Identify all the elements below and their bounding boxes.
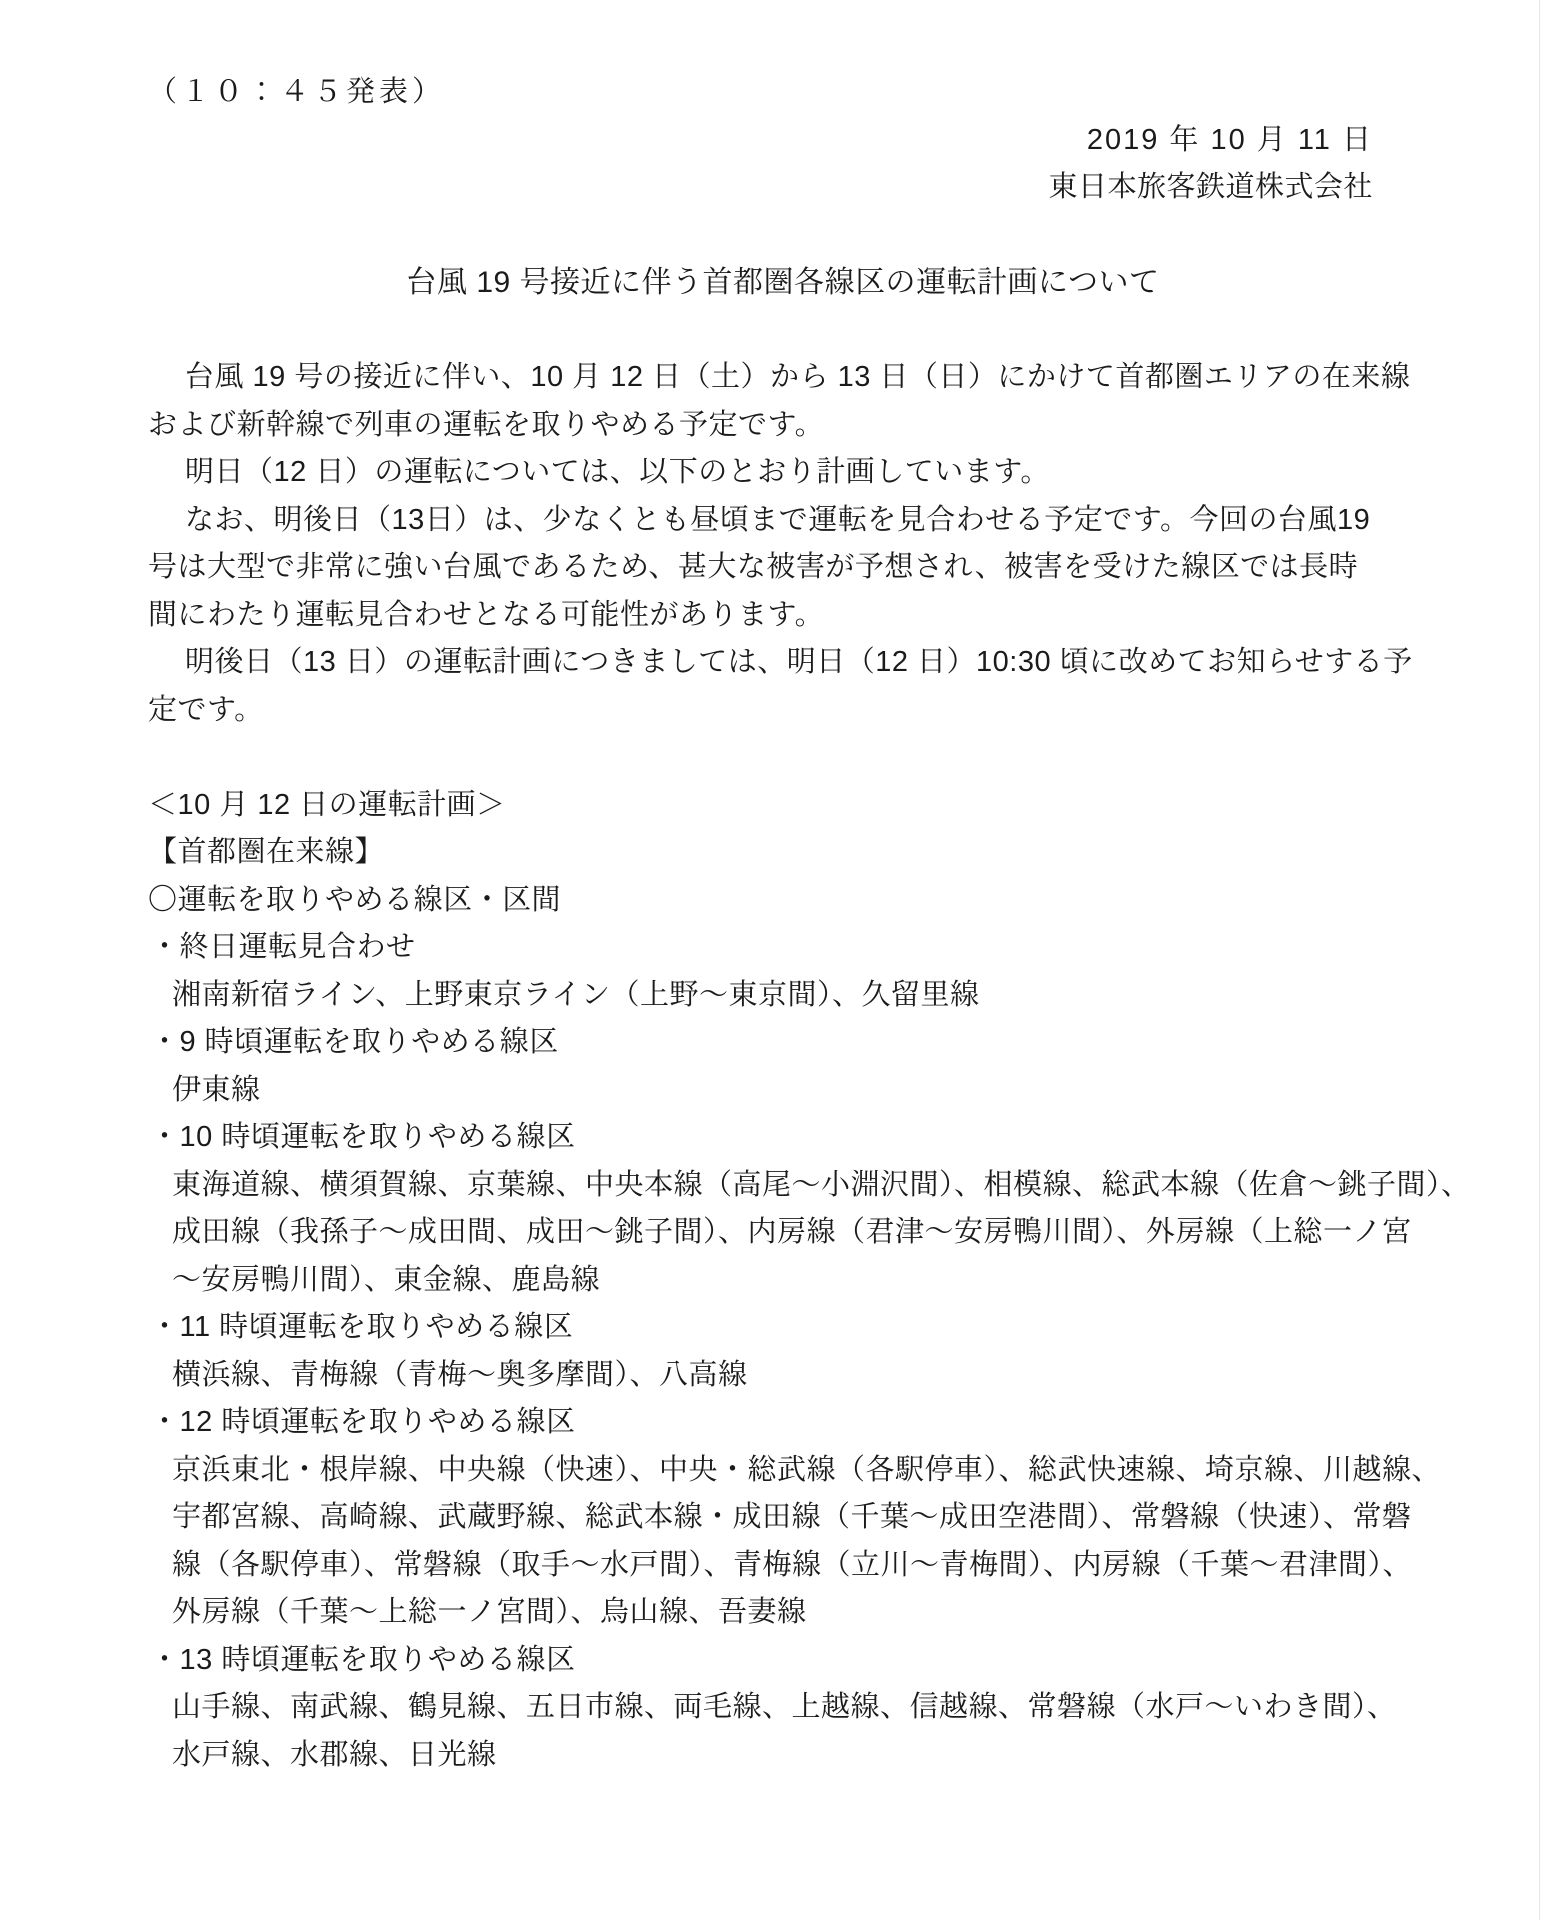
doc-line: 明日（12 日）の運転については、以下のとおり計画しています。 [148, 449, 1418, 497]
document-page: { "page": { "background_color": "#ffffff… [0, 0, 1566, 1920]
doc-line: 号は大型で非常に強い台風であるため、甚大な被害が予想され、被害を受けた線区では長… [148, 544, 1418, 592]
doc-line: 山手線、南武線、鶴見線、五日市線、両毛線、上越線、信越線、常磐線（水戸～いわき間… [148, 1684, 1418, 1732]
plan-entries: ・終日運転見合わせ湘南新宿ライン、上野東京ライン（上野～東京間）、久留里線・9 … [148, 924, 1418, 1779]
doc-line: 外房線（千葉～上総一ノ宮間）、烏山線、吾妻線 [148, 1589, 1418, 1637]
press-release-document: （１０：４５発表） 2019 年 10 月 11 日 東日本旅客鉄道株式会社 台… [148, 69, 1418, 1779]
doc-line: 定です。 [148, 687, 1418, 735]
company-name: 東日本旅客鉄道株式会社 [148, 164, 1373, 212]
doc-line: ・12 時頃運転を取りやめる線区 [148, 1399, 1418, 1447]
doc-line: 伊東線 [148, 1067, 1418, 1115]
plan-category: 【首都圏在来線】 [148, 829, 1418, 877]
doc-line: 宇都宮線、高崎線、武蔵野線、総武本線・成田線（千葉～成田空港間）、常磐線（快速）… [148, 1494, 1418, 1542]
doc-line: および新幹線で列車の運転を取りやめる予定です。 [148, 402, 1418, 450]
doc-line: ～安房鴨川間）、東金線、鹿島線 [148, 1257, 1418, 1305]
doc-line: ・9 時頃運転を取りやめる線区 [148, 1019, 1418, 1067]
spacer [148, 307, 1418, 355]
doc-line: 水戸線、水郡線、日光線 [148, 1732, 1418, 1780]
doc-line: 東海道線、横須賀線、京葉線、中央本線（高尾～小淵沢間）、相模線、総武本線（佐倉～… [148, 1162, 1418, 1210]
spacer [148, 212, 1418, 260]
doc-line: 台風 19 号の接近に伴い、10 月 12 日（土）から 13 日（日）にかけて… [148, 354, 1418, 402]
release-date: 2019 年 10 月 11 日 [148, 117, 1373, 165]
document-title: 台風 19 号接近に伴う首都圏各線区の運転計画について [148, 259, 1418, 307]
spacer [148, 734, 1418, 782]
doc-line: 京浜東北・根岸線、中央線（快速）、中央・総武線（各駅停車）、総武快速線、埼京線、… [148, 1447, 1418, 1495]
doc-line: 明後日（13 日）の運転計画につきましては、明日（12 日）10:30 頃に改め… [148, 639, 1418, 687]
plan-heading: ＜10 月 12 日の運転計画＞ [148, 782, 1418, 830]
doc-line: 湘南新宿ライン、上野東京ライン（上野～東京間）、久留里線 [148, 972, 1418, 1020]
intro-paragraphs: 台風 19 号の接近に伴い、10 月 12 日（土）から 13 日（日）にかけて… [148, 354, 1418, 734]
doc-line: なお、明後日（13日）は、少なくとも昼頃まで運転を見合わせる予定です。今回の台風… [148, 497, 1418, 545]
announcement-time: （１０：４５発表） [148, 69, 1418, 117]
doc-line: ・13 時頃運転を取りやめる線区 [148, 1637, 1418, 1685]
doc-line: 間にわたり運転見合わせとなる可能性があります。 [148, 592, 1418, 640]
doc-line: ・11 時頃運転を取りやめる線区 [148, 1304, 1418, 1352]
plan-section-label: 〇運転を取りやめる線区・区間 [148, 877, 1418, 925]
doc-line: ・終日運転見合わせ [148, 924, 1418, 972]
page-right-edge [1539, 0, 1540, 1920]
doc-line: 線（各駅停車）、常磐線（取手～水戸間）、青梅線（立川～青梅間）、内房線（千葉～君… [148, 1542, 1418, 1590]
doc-line: 成田線（我孫子～成田間、成田～銚子間）、内房線（君津～安房鴨川間）、外房線（上総… [148, 1209, 1418, 1257]
doc-line: 横浜線、青梅線（青梅～奥多摩間）、八高線 [148, 1352, 1418, 1400]
doc-line: ・10 時頃運転を取りやめる線区 [148, 1114, 1418, 1162]
